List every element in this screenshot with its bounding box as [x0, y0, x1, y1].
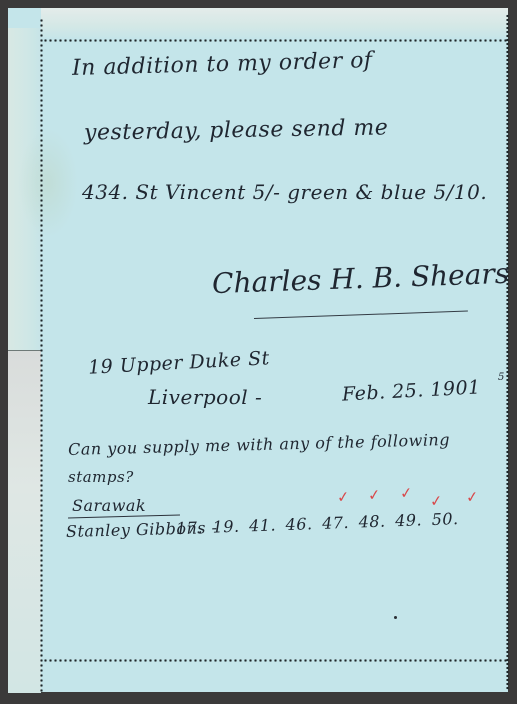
left-flap-torn-section	[8, 350, 41, 693]
red-check-icon: ✓	[336, 487, 350, 506]
country-heading: Sarawak	[72, 496, 146, 515]
letter-line-3-order: 434. St Vincent 5/- green & blue 5/10.	[82, 180, 487, 204]
red-check-icon: ✓	[465, 487, 479, 506]
red-check-icon: ✓	[429, 491, 443, 510]
red-check-icon: ✓	[399, 483, 413, 502]
top-perforation	[43, 39, 508, 42]
date-superscript: 5	[498, 372, 505, 383]
right-perforated-edge	[506, 14, 509, 690]
request-line-2: stamps?	[68, 468, 134, 486]
bottom-perforation	[43, 659, 508, 662]
top-flap-strip	[41, 8, 508, 38]
ink-dot	[394, 616, 397, 619]
paper-stain	[18, 128, 78, 238]
address-city: Liverpool -	[148, 385, 262, 409]
letter-line-2: yesterday, please send me	[84, 115, 389, 145]
red-check-icon: ✓	[367, 485, 381, 504]
left-perforation	[40, 18, 43, 692]
